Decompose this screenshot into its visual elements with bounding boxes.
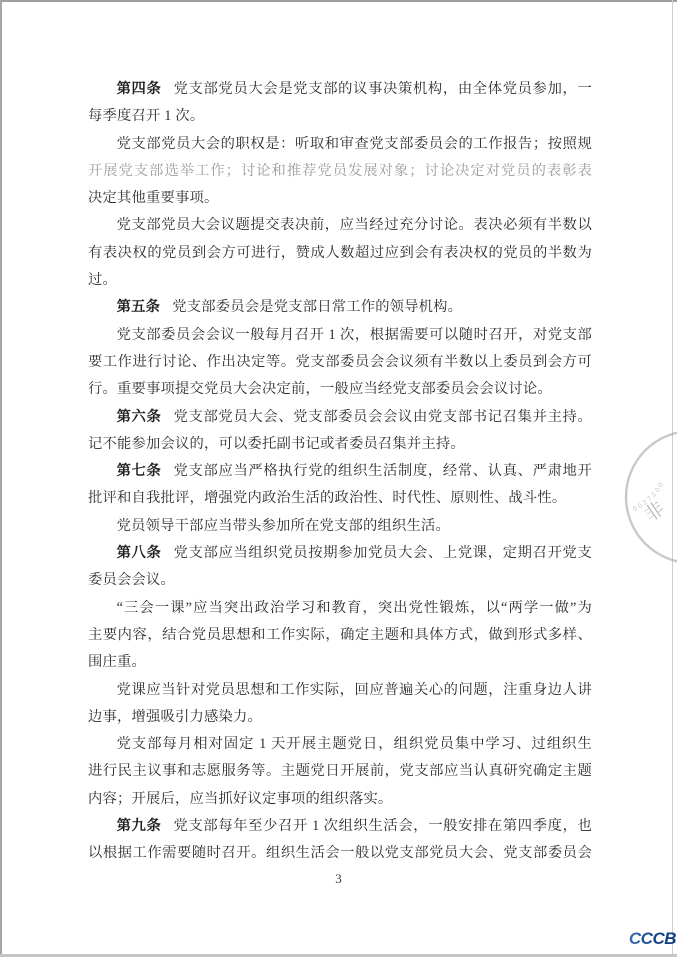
cccb-logo: CCCB (629, 929, 676, 949)
line-text: 以根据工作需要随时召开。组织生活会一般以党支部党员大会、党支部委员会会 (88, 845, 592, 867)
text-line: 开展党支部选举工作；讨论和推荐党员发展对象；讨论决定对党员的表彰表扬； (88, 158, 592, 185)
line-text: 党支部每年至少召开 1 次组织生活会，一般安排在第四季度，也可 (88, 818, 592, 840)
line-text: 党支部党员大会是党支部的议事决策机构，由全体党员参加，一般 (88, 81, 592, 103)
text-line: 主要内容，结合党员思想和工作实际，确定主题和具体方式，做到形式多样、氛 (88, 622, 592, 649)
text-line: 第八条党支部应当组织党员按期参加党员大会、上党课，定期召开党支部 (88, 540, 592, 567)
article-number: 第八条 (117, 545, 162, 561)
paragraph: 第九条党支部每年至少召开 1 次组织生活会，一般安排在第四季度，也可以根据工作需… (88, 813, 592, 868)
line-text: 记不能参加会议的，可以委托副书记或者委员召集并主持。 (88, 436, 465, 452)
page-number: 3 (0, 871, 677, 887)
paragraph: 党支部党员大会的职权是：听取和审查党支部委员会的工作报告；按照规定开展党支部选举… (88, 131, 592, 213)
scan-edge-top-line (0, 0, 677, 2)
paragraph: 党支部每月相对固定 1 天开展主题党日，组织党员集中学习、过组织生活、进行民主议… (88, 731, 592, 813)
text-line: 党支部每月相对固定 1 天开展主题党日，组织党员集中学习、过组织生活、 (88, 731, 592, 758)
text-line: 党支部党员大会的职权是：听取和审查党支部委员会的工作报告；按照规定 (88, 131, 592, 158)
line-text: 内容；开展后，应当抓好议定事项的组织落实。 (88, 791, 392, 807)
paragraph: 第六条党支部党员大会、党支部委员会会议由党支部书记召集并主持。书记不能参加会议的… (88, 404, 592, 459)
line-text: 党课应当针对党员思想和工作实际，回应普遍关心的问题，注重身边人讲身 (88, 682, 592, 704)
line-text: 过。 (88, 272, 117, 288)
text-line: 党课应当针对党员思想和工作实际，回应普遍关心的问题，注重身边人讲身 (88, 677, 592, 704)
line-text: 党支部每月相对固定 1 天开展主题党日，组织党员集中学习、过组织生活、 (88, 736, 592, 758)
text-line: 以根据工作需要随时召开。组织生活会一般以党支部党员大会、党支部委员会会 (88, 840, 592, 867)
scanned-document-page: 第四条党支部党员大会是党支部的议事决策机构，由全体党员参加，一般每季度召开 1 … (0, 0, 677, 957)
text-line: 第六条党支部党员大会、党支部委员会会议由党支部书记召集并主持。书 (88, 404, 592, 431)
text-line: 要工作进行讨论、作出决定等。党支部委员会会议须有半数以上委员到会方可进 (88, 349, 592, 376)
text-line: 进行民主议事和志愿服务等。主题党日开展前，党支部应当认真研究确定主题和 (88, 758, 592, 785)
text-line: 第五条党支部委员会是党支部日常工作的领导机构。 (88, 294, 592, 321)
text-line: 行。重要事项提交党员大会决定前，一般应当经党支部委员会会议讨论。 (88, 376, 592, 403)
article-number: 第六条 (117, 409, 162, 425)
line-text: 进行民主议事和志愿服务等。主题党日开展前，党支部应当认真研究确定主题和 (88, 763, 592, 785)
line-text: 主要内容，结合党员思想和工作实际，确定主题和具体方式，做到形式多样、氛 (88, 627, 592, 649)
line-text: 党支部党员大会、党支部委员会会议由党支部书记召集并主持。书 (88, 409, 592, 431)
text-line: 第九条党支部每年至少召开 1 次组织生活会，一般安排在第四季度，也可 (88, 813, 592, 840)
seal-stamp-partial: 0027200 非 (622, 427, 677, 567)
paragraph: 党员领导干部应当带头参加所在党支部的组织生活。 (88, 513, 592, 540)
text-line: 批评和自我批评，增强党内政治生活的政治性、时代性、原则性、战斗性。 (88, 485, 592, 512)
line-text: 批评和自我批评，增强党内政治生活的政治性、时代性、原则性、战斗性。 (88, 490, 566, 506)
line-text: 决定其他重要事项。 (88, 190, 218, 206)
line-text: 党员领导干部应当带头参加所在党支部的组织生活。 (117, 518, 450, 534)
scan-edge-left-line (0, 0, 2, 954)
paragraph: 第八条党支部应当组织党员按期参加党员大会、上党课，定期召开党支部委员会会议。 (88, 540, 592, 595)
line-text: “三会一课”应当突出政治学习和教育，突出党性锻炼，以“两学一做”为 (117, 600, 592, 616)
paragraph: 党课应当针对党员思想和工作实际，回应普遍关心的问题，注重身边人讲身边事，增强吸引… (88, 677, 592, 732)
line-text: 边事，增强吸引力感染力。 (88, 709, 262, 725)
text-line: 第七条党支部应当严格执行党的组织生活制度，经常、认真、严肃地开展 (88, 458, 592, 485)
text-line: 决定其他重要事项。 (88, 185, 592, 212)
line-text: 每季度召开 1 次。 (88, 108, 204, 124)
paragraph: 党支部党员大会议题提交表决前，应当经过充分讨论。表决必须有半数以上有表决权的党员… (88, 212, 592, 294)
line-text: 党支部应当严格执行党的组织生活制度，经常、认真、严肃地开展 (88, 463, 592, 485)
line-text: 党支部委员会会议一般每月召开 1 次，根据需要可以随时召开，对党支部重 (88, 327, 592, 349)
text-line: 党员领导干部应当带头参加所在党支部的组织生活。 (88, 513, 592, 540)
text-line: 有表决权的党员到会方可进行，赞成人数超过应到会有表决权的党员的半数为通 (88, 240, 592, 267)
paragraph: 第五条党支部委员会是党支部日常工作的领导机构。 (88, 294, 592, 321)
text-line: 委员会会议。 (88, 567, 592, 594)
line-text: 党支部党员大会的职权是：听取和审查党支部委员会的工作报告；按照规定 (88, 136, 592, 158)
line-text: 党支部应当组织党员按期参加党员大会、上党课，定期召开党支部 (88, 545, 592, 567)
text-line: 记不能参加会议的，可以委托副书记或者委员召集并主持。 (88, 431, 592, 458)
article-number: 第五条 (117, 299, 161, 315)
line-text: 围庄重。 (88, 654, 146, 670)
text-line: 边事，增强吸引力感染力。 (88, 704, 592, 731)
text-line: 每季度召开 1 次。 (88, 103, 592, 130)
paragraph: “三会一课”应当突出政治学习和教育，突出党性锻炼，以“两学一做”为主要内容，结合… (88, 595, 592, 677)
text-line: 过。 (88, 267, 592, 294)
text-line: 党支部委员会会议一般每月召开 1 次，根据需要可以随时召开，对党支部重 (88, 322, 592, 349)
line-text: 开展党支部选举工作；讨论和推荐党员发展对象；讨论决定对党员的表彰表扬； (88, 163, 592, 185)
text-line: 内容；开展后，应当抓好议定事项的组织落实。 (88, 786, 592, 813)
text-line: 第四条党支部党员大会是党支部的议事决策机构，由全体党员参加，一般 (88, 76, 592, 103)
document-body: 第四条党支部党员大会是党支部的议事决策机构，由全体党员参加，一般每季度召开 1 … (88, 76, 592, 868)
article-number: 第七条 (117, 463, 162, 479)
paragraph: 第七条党支部应当严格执行党的组织生活制度，经常、认真、严肃地开展批评和自我批评，… (88, 458, 592, 513)
line-text: 有表决权的党员到会方可进行，赞成人数超过应到会有表决权的党员的半数为通 (88, 245, 592, 267)
article-number: 第四条 (117, 81, 162, 97)
line-text: 党支部党员大会议题提交表决前，应当经过充分讨论。表决必须有半数以上 (88, 217, 592, 239)
text-line: 围庄重。 (88, 649, 592, 676)
line-text: 要工作进行讨论、作出决定等。党支部委员会会议须有半数以上委员到会方可进 (88, 354, 592, 376)
text-line: “三会一课”应当突出政治学习和教育，突出党性锻炼，以“两学一做”为 (88, 595, 592, 622)
paragraph: 第四条党支部党员大会是党支部的议事决策机构，由全体党员参加，一般每季度召开 1 … (88, 76, 592, 131)
paragraph: 党支部委员会会议一般每月召开 1 次，根据需要可以随时召开，对党支部重要工作进行… (88, 322, 592, 404)
line-text: 党支部委员会是党支部日常工作的领导机构。 (172, 299, 462, 315)
line-text: 委员会会议。 (88, 572, 175, 588)
text-line: 党支部党员大会议题提交表决前，应当经过充分讨论。表决必须有半数以上 (88, 212, 592, 239)
line-text: 行。重要事项提交党员大会决定前，一般应当经党支部委员会会议讨论。 (88, 381, 552, 397)
article-number: 第九条 (117, 818, 162, 834)
